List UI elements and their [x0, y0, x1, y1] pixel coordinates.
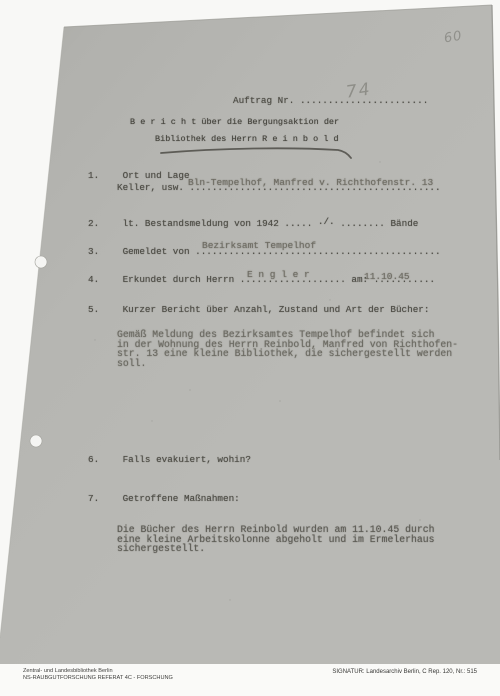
footer-signature: SIGNATUR: Landesarchiv Berlin, C Rep. 12…: [332, 669, 477, 675]
item-5-label: Kurzer Bericht über Anzahl, Zustand und …: [123, 304, 430, 315]
item-3-number: 3.: [88, 247, 117, 257]
scanned-document-page: 60 Auftrag Nr. ....................... 7…: [0, 0, 500, 696]
item-1-typed-value: Bln-Tempelhof, Manfred v. Richthofenstr.…: [188, 178, 433, 188]
handwritten-page-number: 60: [443, 29, 464, 47]
item-5-paragraph-line: soll.: [117, 359, 458, 369]
report-title-line1: B e r i c h t über die Bergungsaktion de…: [130, 117, 339, 127]
report-title-line2: Bibliothek des Herrn R e i n b o l d: [155, 134, 339, 144]
item-7-label: Getroffene Maßnahmen:: [123, 493, 240, 504]
item-2-dots-before: .....: [284, 218, 312, 229]
item-2-label: lt. Bestandsmeldung von 1942: [123, 218, 285, 229]
footer-institution-line2: NS-RAUBGUTFORSCHUNG REFERAT 4C - FORSCHU…: [23, 675, 173, 682]
item-4-label: Erkundet durch Herrn: [123, 274, 240, 285]
footer-institution: Zentral- und Landesbibliothek Berlin NS-…: [23, 668, 173, 682]
item-6-label: Falls evakuiert, wohin?: [123, 454, 251, 465]
hole-punch-bottom: [30, 435, 42, 447]
handwritten-auftrag-number: 74: [345, 79, 373, 102]
item-4-typed-date: 11.10.45: [364, 272, 410, 282]
hole-punch-top: [35, 256, 47, 268]
item-5-line: 5. Kurzer Bericht über Anzahl, Zustand u…: [88, 305, 429, 315]
item-4-number: 4.: [88, 275, 117, 285]
item-2-line: 2. lt. Bestandsmeldung von 1942 ..... ./…: [88, 219, 418, 229]
item-5-number: 5.: [88, 305, 117, 315]
item-1-label-line1: Ort und Lage: [123, 170, 190, 181]
item-1-line1: 1. Ort und Lage: [88, 171, 190, 181]
auftrag-label: Auftrag Nr.: [233, 95, 294, 106]
item-5-paragraph: Gemäß Meldung des Bezirksamtes Tempelhof…: [117, 330, 458, 369]
item-6-number: 6.: [88, 455, 117, 465]
item-2-suffix: Bände: [390, 218, 418, 229]
item-2-dots-after: ........: [340, 218, 385, 229]
item-2-slash-mark: ./.: [318, 216, 335, 227]
auftrag-line: Auftrag Nr. .......................: [233, 96, 428, 106]
item-7-line: 7. Getroffene Maßnahmen:: [88, 494, 240, 504]
item-1-number: 1.: [88, 171, 117, 181]
item-5-paragraph-line: str. 13 eine kleine Bibliothek, die sich…: [117, 349, 458, 359]
item-3-typed-value: Bezirksamt Tempelhof: [202, 241, 316, 251]
item-4-typed-name: E n g l e r: [247, 270, 310, 280]
item-7-number: 7.: [88, 494, 117, 504]
item-7-paragraph: Die Bücher des Herrn Reinbold wurden am …: [117, 525, 434, 554]
item-6-line: 6. Falls evakuiert, wohin?: [88, 455, 251, 465]
item-2-number: 2.: [88, 219, 117, 229]
item-7-paragraph-line: sichergestellt.: [117, 544, 434, 554]
item-3-label: Gemeldet von: [123, 246, 196, 257]
item-1-label-line2: Keller, usw.: [117, 182, 190, 193]
footer-institution-line1: Zentral- und Landesbibliothek Berlin: [23, 668, 173, 675]
